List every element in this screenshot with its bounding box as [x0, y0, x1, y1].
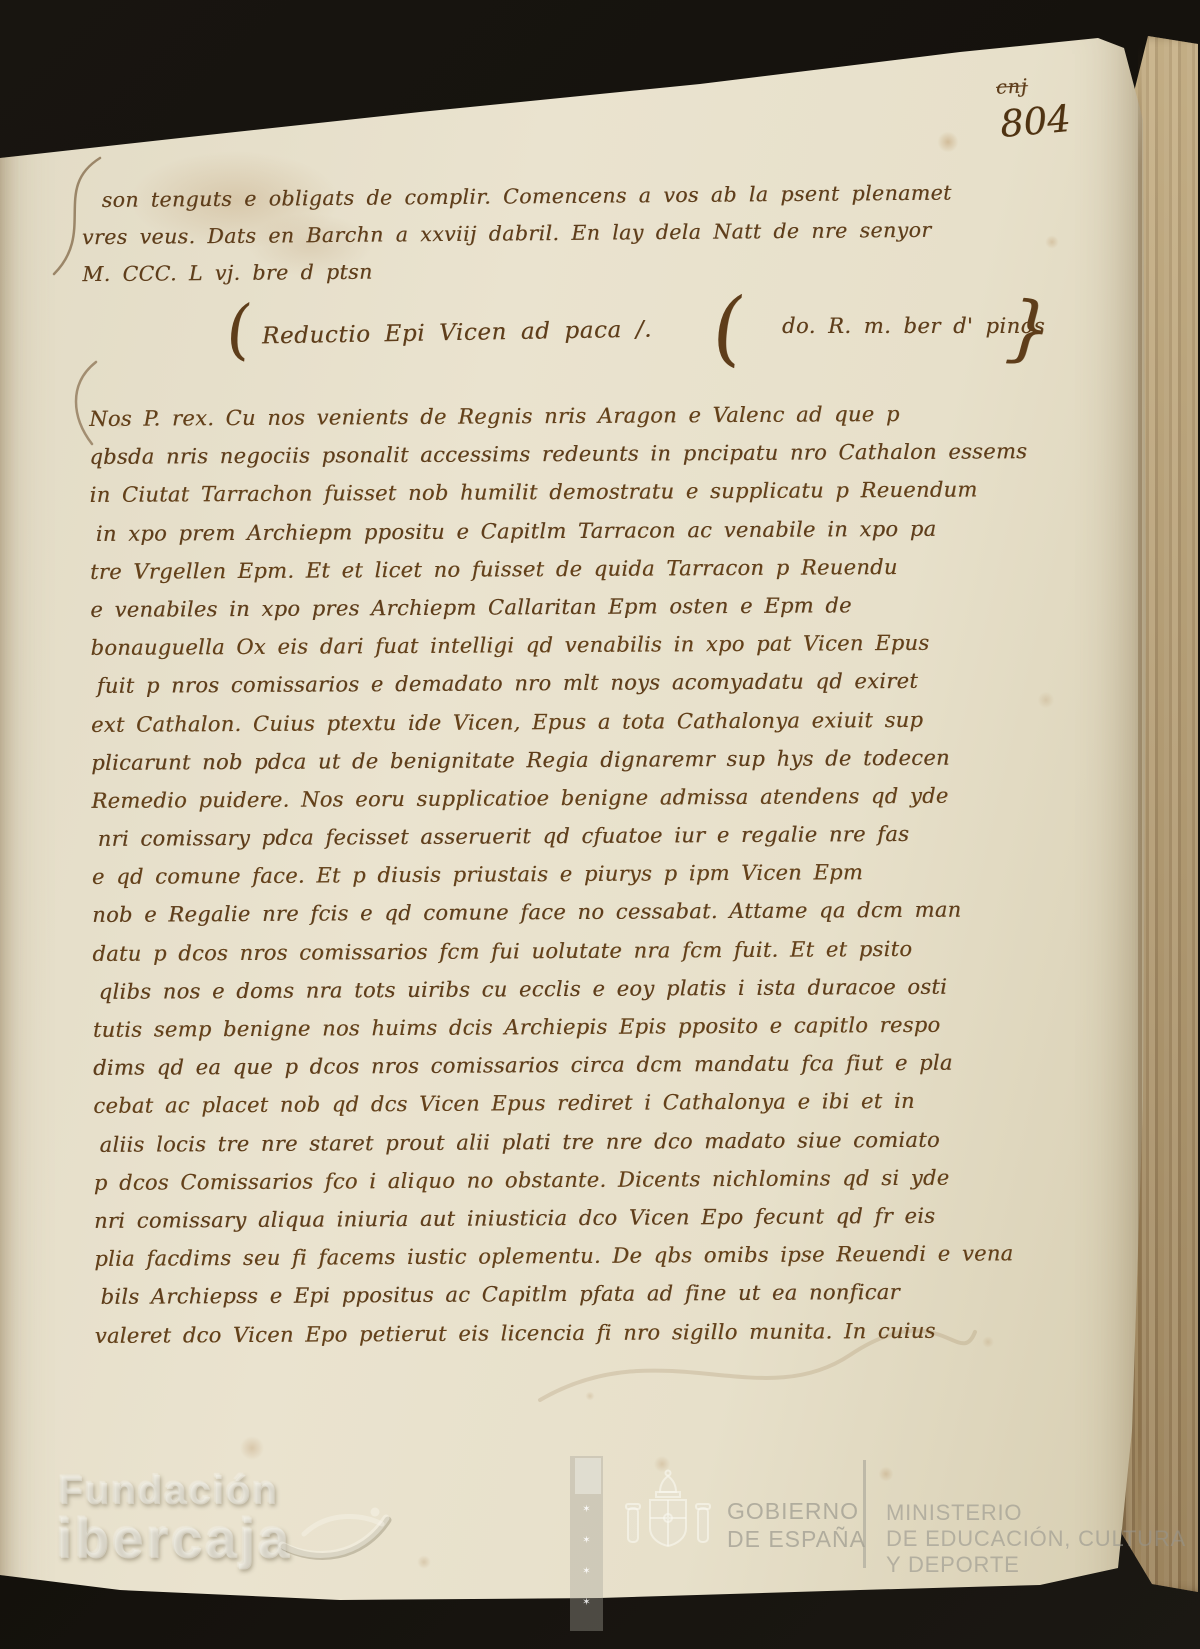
body-line: e qd comune face. Et p diusis priustais …	[92, 859, 1052, 903]
gobierno-line2: DE ESPAÑA	[727, 1525, 866, 1553]
spain-coat-of-arms-icon	[620, 1466, 716, 1566]
body-line: aliis locis tre nre staret prout alii pl…	[94, 1127, 1054, 1171]
body-line: cebat ac placet nob qd dcs Vicen Epus re…	[93, 1088, 1053, 1132]
body-line: ext Cathalon. Cuius ptextu ide Vicen, Ep…	[91, 707, 1051, 751]
gobierno-line1: GOBIERNO	[727, 1497, 866, 1525]
previous-act-closing: son tenguts e obligats de complir. Comen…	[82, 180, 1043, 299]
flag-star-icon: ✶	[582, 1556, 590, 1587]
body-line: e venabiles in xpo pres Archiepm Callari…	[90, 592, 1050, 636]
body-line: qbsda nris negociis psonalit accessims r…	[89, 439, 1049, 483]
body-line: nri comissary pdca fecisset asseruerit q…	[92, 821, 1052, 865]
gobierno-watermark: GOBIERNO DE ESPAÑA	[727, 1497, 866, 1553]
page-fold-crease	[1138, 44, 1142, 1556]
body-line: Nos P. rex. Cu nos venients de Regnis nr…	[89, 401, 1049, 445]
flag-bar-inner	[575, 1458, 601, 1494]
body-line: tre Vrgellen Epm. Et et licet no fuisset…	[90, 554, 1050, 598]
canceled-folio-mark: cnj	[995, 75, 1028, 99]
folio-number: 804	[998, 97, 1072, 146]
ministerio-line3: Y DEPORTE	[886, 1552, 1186, 1578]
flag-star-icon: ✶	[582, 1525, 590, 1556]
ministerio-watermark: MINISTERIO DE EDUCACIÓN, CULTURA Y DEPOR…	[886, 1500, 1186, 1578]
flag-star-icon: ✶	[582, 1494, 590, 1525]
body-line: in xpo prem Archiepm ppositu e Capitlm T…	[90, 516, 1050, 560]
main-text-block: Nos P. rex. Cu nos venients de Regnis nr…	[89, 401, 1055, 1362]
body-line: fuit p nros comissarios e demadato nro m…	[91, 668, 1051, 712]
ministerio-line2: DE EDUCACIÓN, CULTURA	[886, 1526, 1186, 1552]
body-line: bils Archiepss e Epi ppositus ac Capitlm…	[94, 1279, 1054, 1323]
watermark-divider	[863, 1460, 866, 1568]
marginal-close-brace: }	[1003, 285, 1055, 372]
ministerio-line1: MINISTERIO	[886, 1500, 1186, 1526]
manuscript-photo: cnj 804 son tenguts e obligats de compli…	[0, 0, 1200, 1649]
body-line: qlibs nos e doms nra tots uiribs cu eccl…	[93, 974, 1053, 1018]
ibercaja-swash-icon	[272, 1498, 394, 1576]
body-line: valeret dco Vicen Epo petierut eis licen…	[95, 1318, 1055, 1362]
body-line: bonauguella Ox eis dari fuat intelligi q…	[90, 630, 1050, 674]
body-line: datu p dcos nros comissarios fcm fui uol…	[92, 936, 1052, 980]
body-line: in Ciutat Tarrachon fuisset nob humilit …	[90, 477, 1050, 521]
body-line: tutis semp benigne nos huims dcis Archie…	[93, 1012, 1053, 1056]
body-line: p dcos Comissarios fco i aliquo no obsta…	[94, 1165, 1054, 1209]
body-line: nri comissary aliqua iniuria aut iniusti…	[94, 1203, 1054, 1247]
flag-bar-icon: ✶ ✶ ✶ ✶	[570, 1456, 603, 1631]
body-line: plicarunt nob pdca ut de benignitate Reg…	[91, 745, 1051, 789]
body-line: Remedio puidere. Nos eoru supplicatioe b…	[91, 783, 1051, 827]
body-line: plia facdims seu fi facems iustic opleme…	[94, 1241, 1054, 1285]
ibercaja-watermark-line2: ibercaja	[56, 1505, 292, 1570]
body-line: nob e Regalie nre fcis e qd comune face …	[92, 898, 1052, 942]
flag-star-icon: ✶	[582, 1587, 590, 1618]
body-line: dims qd ea que p dcos nros comissarios c…	[93, 1050, 1053, 1094]
